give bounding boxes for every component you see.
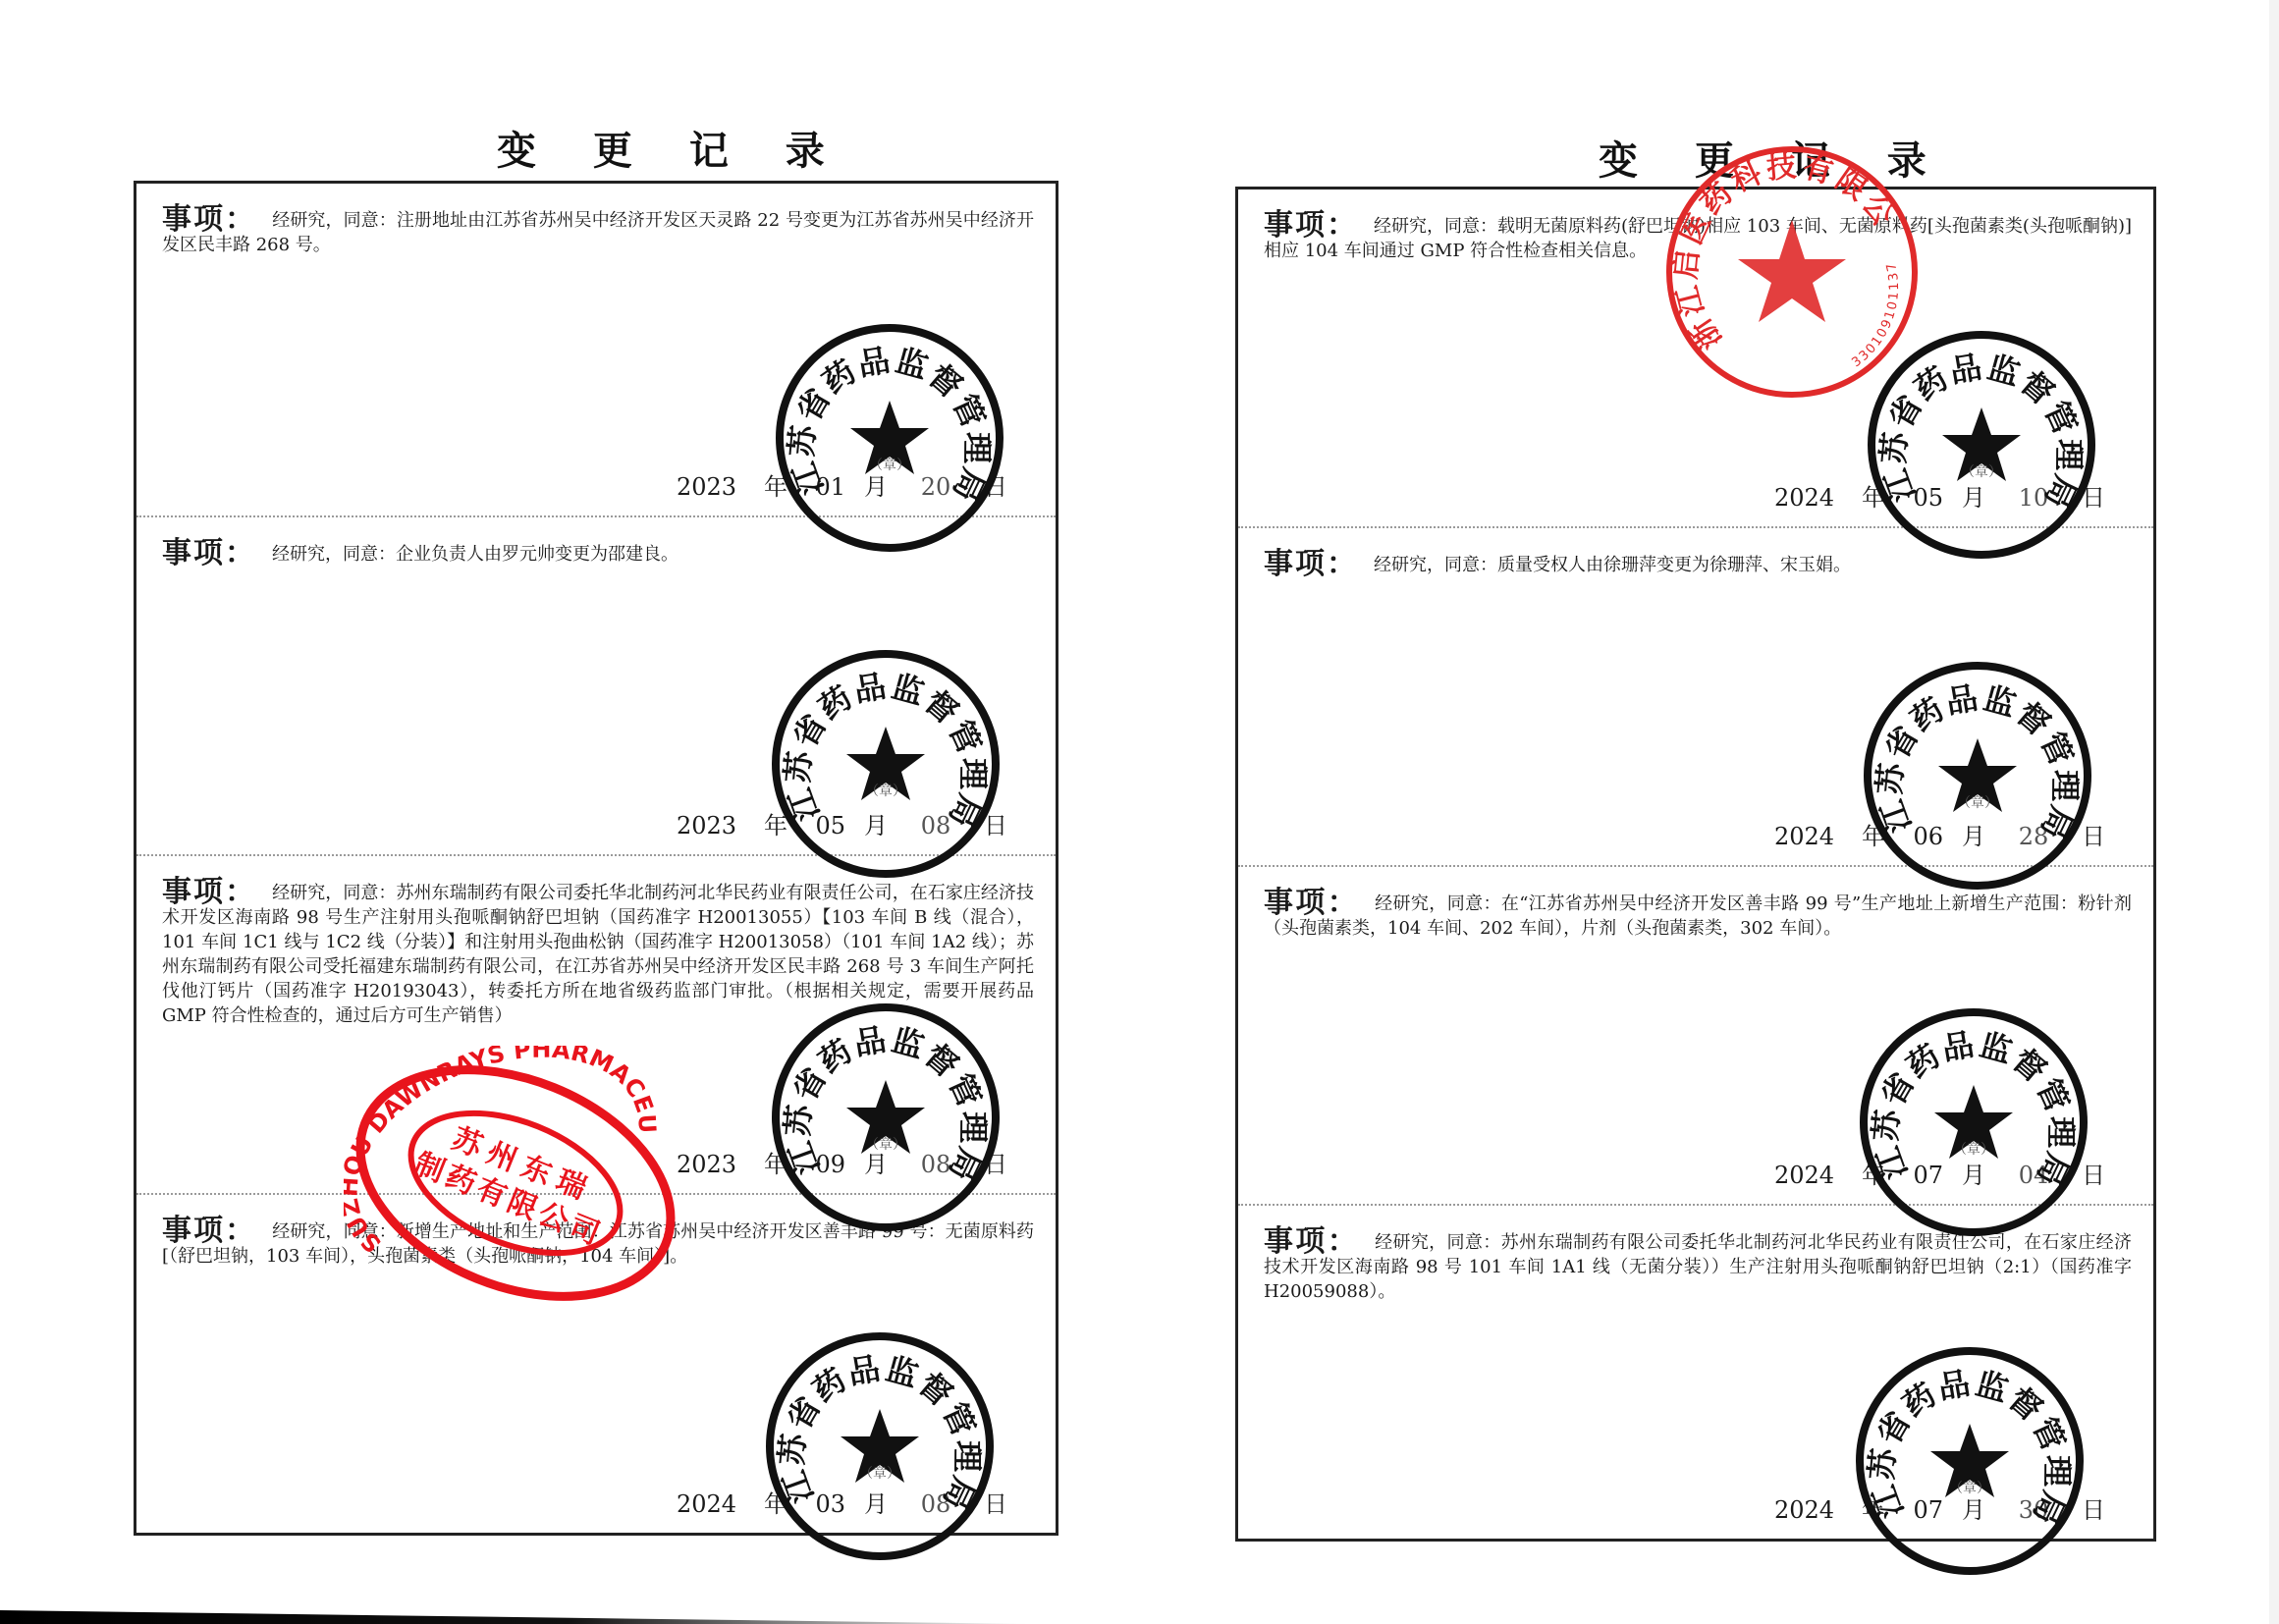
date-month-unit: 月	[1943, 817, 2004, 851]
right-page-title: 变 更 记 录	[1599, 130, 1948, 186]
entry-text: 事项：经研究，同意：企业负责人由罗元帅变更为邵建良。	[162, 541, 1034, 567]
date-day: 08	[906, 812, 965, 839]
date-month: 05	[806, 812, 845, 839]
left-page-title: 变 更 记 录	[497, 120, 846, 176]
scan-edge	[2269, 0, 2279, 1624]
date-day: 08	[906, 1490, 965, 1518]
entry-label: 事项：	[162, 202, 256, 237]
date-year-unit: 年	[1843, 478, 1904, 513]
date-month-unit: 月	[1943, 478, 2004, 513]
entry-text: 事项：经研究，同意：载明无菌原料药(舒巴坦钠)相应 103 车间、无菌原料药[头…	[1264, 213, 2132, 263]
entry-label: 事项：	[1264, 208, 1358, 243]
date-month: 07	[1904, 1496, 1943, 1524]
date-day: 20	[906, 473, 965, 501]
right-change-record-table: 事项：经研究，同意：载明无菌原料药(舒巴坦钠)相应 103 车间、无菌原料药[头…	[1235, 187, 2156, 1542]
date-year-unit: 年	[745, 1145, 806, 1179]
entry-content: 经研究，同意：质量受权人由徐珊萍变更为徐珊萍、宋玉娟。	[1374, 555, 1851, 575]
date-day: 28	[2004, 823, 2063, 850]
entry-date: 2023年09月08日	[677, 1145, 1026, 1179]
date-day-unit: 日	[965, 467, 1026, 502]
date-year-unit: 年	[1843, 1156, 1904, 1190]
entry-text: 事项：经研究，同意：苏州东瑞制药有限公司委托华北制药河北华民药业有限责任公司，在…	[1264, 1229, 2132, 1304]
date-day-unit: 日	[2063, 1490, 2124, 1525]
date-day-unit: 日	[965, 1485, 1026, 1519]
entry-text: 事项：经研究，同意：在“江苏省苏州吴中经济开发区善丰路 99 号”生产地址上新增…	[1264, 891, 2132, 941]
date-month: 05	[1904, 484, 1943, 512]
date-month: 07	[1904, 1162, 1943, 1189]
change-entry: 事项：经研究，同意：注册地址由江苏省苏州吴中经济开发区天灵路 22 号变更为江苏…	[136, 184, 1056, 517]
date-month-unit: 月	[845, 467, 906, 502]
date-month: 06	[1904, 823, 1943, 850]
entry-text: 事项：经研究，同意：新增生产地址和生产范围：江苏省苏州吴中经济开发区善丰路 99…	[162, 1218, 1034, 1269]
entry-content: 经研究，同意：载明无菌原料药(舒巴坦钠)相应 103 车间、无菌原料药[头孢菌素…	[1264, 216, 2132, 261]
date-year: 2024	[1774, 823, 1843, 850]
date-year: 2023	[677, 812, 745, 839]
change-entry: 事项：经研究，同意：企业负责人由罗元帅变更为邵建良。 2023年05月08日	[136, 517, 1056, 856]
entry-date: 2024年07月04日	[1774, 1156, 2124, 1190]
entry-content: 经研究，同意：苏州东瑞制药有限公司委托华北制药河北华民药业有限责任公司，在石家庄…	[1264, 1232, 2132, 1302]
date-year-unit: 年	[1843, 817, 1904, 851]
date-year: 2023	[677, 1151, 745, 1178]
date-year-unit: 年	[745, 806, 806, 840]
entry-content: 经研究，同意：新增生产地址和生产范围：江苏省苏州吴中经济开发区善丰路 99 号：…	[162, 1221, 1034, 1267]
entry-label: 事项：	[162, 875, 256, 909]
date-year: 2024	[1774, 1162, 1843, 1189]
left-page: 变 更 记 录 事项：经研究，同意：注册地址由江苏省苏州吴中经济开发区天灵路 2…	[0, 0, 1139, 1624]
date-year-unit: 年	[745, 467, 806, 502]
date-month: 01	[806, 473, 845, 501]
date-day: 04	[2004, 1162, 2063, 1189]
entry-text: 事项：经研究，同意：苏州东瑞制药有限公司委托华北制药河北华民药业有限责任公司，在…	[162, 880, 1034, 1028]
date-year: 2024	[1774, 484, 1843, 512]
entry-content: 经研究，同意：企业负责人由罗元帅变更为邵建良。	[272, 544, 678, 565]
scan-shadow	[0, 1610, 1031, 1624]
date-month: 09	[806, 1151, 845, 1178]
change-entry: 事项：经研究，同意：苏州东瑞制药有限公司委托华北制药河北华民药业有限责任公司，在…	[1238, 1206, 2153, 1539]
entry-date: 2023年01月20日	[677, 467, 1026, 502]
entry-date: 2024年06月28日	[1774, 817, 2124, 851]
entry-content: 经研究，同意：注册地址由江苏省苏州吴中经济开发区天灵路 22 号变更为江苏省苏州…	[162, 210, 1034, 255]
entry-label: 事项：	[162, 536, 256, 570]
date-month-unit: 月	[1943, 1156, 2004, 1190]
entry-label: 事项：	[162, 1214, 256, 1248]
entry-content: 经研究，同意：在“江苏省苏州吴中经济开发区善丰路 99 号”生产地址上新增生产范…	[1264, 893, 2132, 939]
date-day-unit: 日	[965, 806, 1026, 840]
entry-date: 2023年05月08日	[677, 806, 1026, 840]
date-month-unit: 月	[845, 806, 906, 840]
entry-label: 事项：	[1264, 886, 1359, 920]
right-page: 变 更 记 录 事项：经研究，同意：载明无菌原料药(舒巴坦钠)相应 103 车间…	[1139, 0, 2279, 1624]
change-entry: 事项：经研究，同意：在“江苏省苏州吴中经济开发区善丰路 99 号”生产地址上新增…	[1238, 867, 2153, 1206]
change-entry: 事项：经研究，同意：新增生产地址和生产范围：江苏省苏州吴中经济开发区善丰路 99…	[136, 1195, 1056, 1533]
date-year-unit: 年	[745, 1485, 806, 1519]
date-month-unit: 月	[845, 1145, 906, 1179]
entry-label: 事项：	[1264, 1224, 1359, 1259]
entry-date: 2024年05月10日	[1774, 478, 2124, 513]
entry-text: 事项：经研究，同意：质量受权人由徐珊萍变更为徐珊萍、宋玉娟。	[1264, 552, 2132, 577]
date-day: 30	[2004, 1496, 2063, 1524]
date-day-unit: 日	[2063, 1156, 2124, 1190]
change-entry: 事项：经研究，同意：苏州东瑞制药有限公司委托华北制药河北华民药业有限责任公司，在…	[136, 856, 1056, 1195]
date-day-unit: 日	[965, 1145, 1026, 1179]
date-year-unit: 年	[1843, 1490, 1904, 1525]
left-change-record-table: 事项：经研究，同意：注册地址由江苏省苏州吴中经济开发区天灵路 22 号变更为江苏…	[134, 181, 1058, 1536]
date-day: 08	[906, 1151, 965, 1178]
entry-label: 事项：	[1264, 547, 1358, 581]
change-entry: 事项：经研究，同意：载明无菌原料药(舒巴坦钠)相应 103 车间、无菌原料药[头…	[1238, 189, 2153, 528]
date-day: 10	[2004, 484, 2063, 512]
date-year: 2024	[677, 1490, 745, 1518]
date-year: 2024	[1774, 1496, 1843, 1524]
entry-content: 经研究，同意：苏州东瑞制药有限公司委托华北制药河北华民药业有限责任公司，在石家庄…	[162, 883, 1034, 1026]
change-entry: 事项：经研究，同意：质量受权人由徐珊萍变更为徐珊萍、宋玉娟。 2024年06月2…	[1238, 528, 2153, 867]
entry-date: 2024年03月08日	[677, 1485, 1026, 1519]
entry-date: 2024年07月30日	[1774, 1490, 2124, 1525]
date-month-unit: 月	[1943, 1490, 2004, 1525]
date-month: 03	[806, 1490, 845, 1518]
date-day-unit: 日	[2063, 478, 2124, 513]
date-day-unit: 日	[2063, 817, 2124, 851]
date-year: 2023	[677, 473, 745, 501]
entry-text: 事项：经研究，同意：注册地址由江苏省苏州吴中经济开发区天灵路 22 号变更为江苏…	[162, 207, 1034, 257]
date-month-unit: 月	[845, 1485, 906, 1519]
